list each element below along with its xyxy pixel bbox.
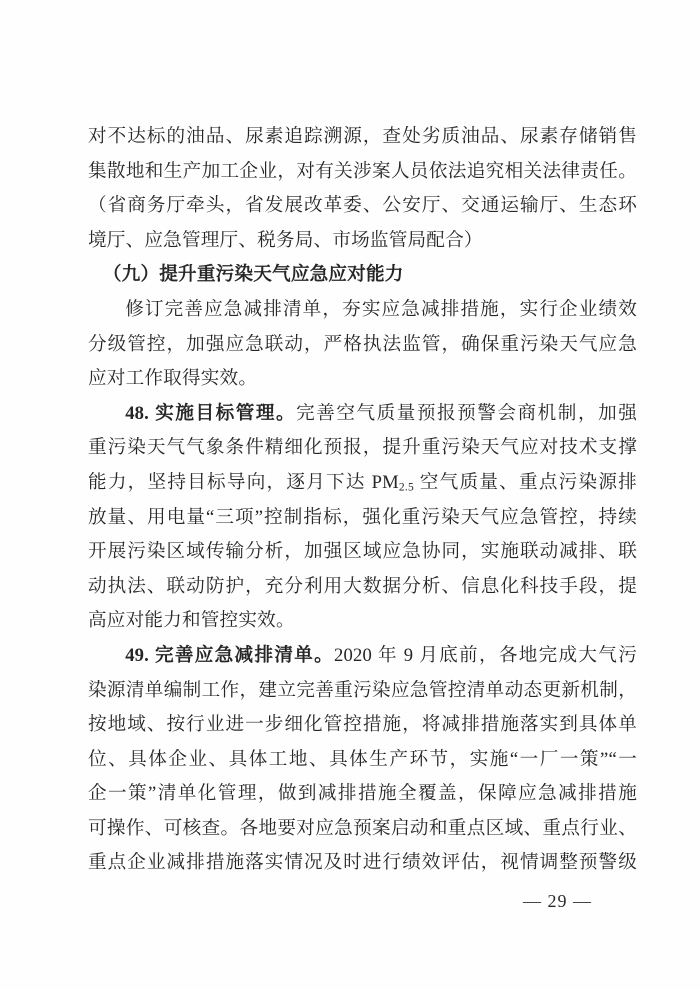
page-number: — 29 —	[523, 889, 592, 913]
text-line: 可操作、可核查。各地要对应急预案启动和重点区域、重点行业、	[88, 812, 637, 847]
text-run: 动执法、联动防护，充分利用大数据分析、信息化科技手段，提	[88, 576, 637, 597]
text-line: 染源清单编制工作，建立完善重污染应急管控清单动态更新机制，	[88, 674, 637, 709]
text-line: 49. 完善应急减排清单。2020 年 9 月底前，各地完成大气污	[88, 639, 637, 674]
text-run: （九）提升重污染天气应急应对能力	[103, 264, 404, 285]
text-line: 修订完善应急减排清单，夯实应急减排措施，实行企业绩效	[88, 293, 637, 328]
text-run: 开展污染区域传输分析，加强区域应急协同，实施联动减排、联	[88, 541, 637, 562]
heading-line: （九）提升重污染天气应急应对能力	[88, 258, 637, 293]
text-line: 高应对能力和管控实效。	[88, 604, 637, 639]
text-run: 修订完善应急减排清单，夯实应急减排措施，实行企业绩效	[125, 299, 637, 320]
text-line: 境厅、应急管理厅、税务局、市场监管局配合）	[88, 224, 637, 259]
text-run: 空气质量、重点污染源排	[414, 472, 637, 493]
bold-run: 48. 实施目标管理。	[125, 403, 296, 424]
text-run: 可操作、可核查。各地要对应急预案启动和重点区域、重点行业、	[88, 818, 637, 839]
text-line: 应对工作取得实效。	[88, 362, 637, 397]
text-line: 开展污染区域传输分析，加强区域应急协同，实施联动减排、联	[88, 535, 637, 570]
text-line: 集散地和生产加工企业，对有关涉案人员依法追究相关法律责任。	[88, 155, 637, 190]
text-run: 企一策”清单化管理，做到减排措施全覆盖，保障应急减排措施	[88, 783, 637, 804]
text-run: 2020 年 9 月底前，各地完成大气污	[334, 645, 637, 666]
text-run: 能力，坚持目标导向，逐月下达 PM	[88, 472, 399, 493]
text-run: 完善空气质量预报预警会商机制，加强	[296, 403, 637, 424]
text-run: 重点企业减排措施落实情况及时进行绩效评估，视情调整预警级	[88, 852, 637, 873]
text-run: 应对工作取得实效。	[88, 368, 257, 389]
text-run: 按地域、按行业进一步细化管控措施，将减排措施落实到具体单	[88, 714, 637, 735]
text-block: 对不达标的油品、尿素追踪溯源，查处劣质油品、尿素存储销售集散地和生产加工企业，对…	[88, 120, 637, 881]
text-run: 分级管控，加强应急联动，严格执法监管，确保重污染天气应急	[88, 334, 637, 355]
text-run: 重污染天气气象条件精细化预报，提升重污染天气应对技术支撑	[88, 437, 637, 458]
text-line: 重点企业减排措施落实情况及时进行绩效评估，视情调整预警级	[88, 846, 637, 881]
text-line: 放量、用电量“三项”控制指标，强化重污染天气应急管控，持续	[88, 501, 637, 536]
subscript-run: 2.5	[399, 481, 414, 493]
text-line: 分级管控，加强应急联动，严格执法监管，确保重污染天气应急	[88, 328, 637, 363]
text-line: 位、具体企业、具体工地、具体生产环节，实施“一厂一策”“一	[88, 743, 637, 778]
text-line: （省商务厅牵头，省发展改革委、公安厅、交通运输厅、生态环	[88, 189, 637, 224]
text-line: 能力，坚持目标导向，逐月下达 PM2.5 空气质量、重点污染源排	[88, 466, 637, 501]
text-run: 境厅、应急管理厅、税务局、市场监管局配合）	[88, 230, 483, 251]
text-run: （省商务厅牵头，省发展改革委、公安厅、交通运输厅、生态环	[88, 195, 637, 216]
text-line: 对不达标的油品、尿素追踪溯源，查处劣质油品、尿素存储销售	[88, 120, 637, 155]
text-run: 集散地和生产加工企业，对有关涉案人员依法追究相关法律责任。	[88, 161, 637, 182]
text-line: 48. 实施目标管理。完善空气质量预报预警会商机制，加强	[88, 397, 637, 432]
text-run: 高应对能力和管控实效。	[88, 610, 295, 631]
text-line: 动执法、联动防护，充分利用大数据分析、信息化科技手段，提	[88, 570, 637, 605]
text-line: 重污染天气气象条件精细化预报，提升重污染天气应对技术支撑	[88, 431, 637, 466]
text-run: 染源清单编制工作，建立完善重污染应急管控清单动态更新机制，	[88, 680, 637, 701]
text-line: 企一策”清单化管理，做到减排措施全覆盖，保障应急减排措施	[88, 777, 637, 812]
document-page: 对不达标的油品、尿素追踪溯源，查处劣质油品、尿素存储销售集散地和生产加工企业，对…	[0, 0, 700, 989]
text-run: 位、具体企业、具体工地、具体生产环节，实施“一厂一策”“一	[88, 749, 637, 770]
text-run: 放量、用电量“三项”控制指标，强化重污染天气应急管控，持续	[88, 507, 637, 528]
bold-run: 49. 完善应急减排清单。	[125, 645, 334, 666]
text-line: 按地域、按行业进一步细化管控措施，将减排措施落实到具体单	[88, 708, 637, 743]
text-run: 对不达标的油品、尿素追踪溯源，查处劣质油品、尿素存储销售	[88, 126, 637, 147]
